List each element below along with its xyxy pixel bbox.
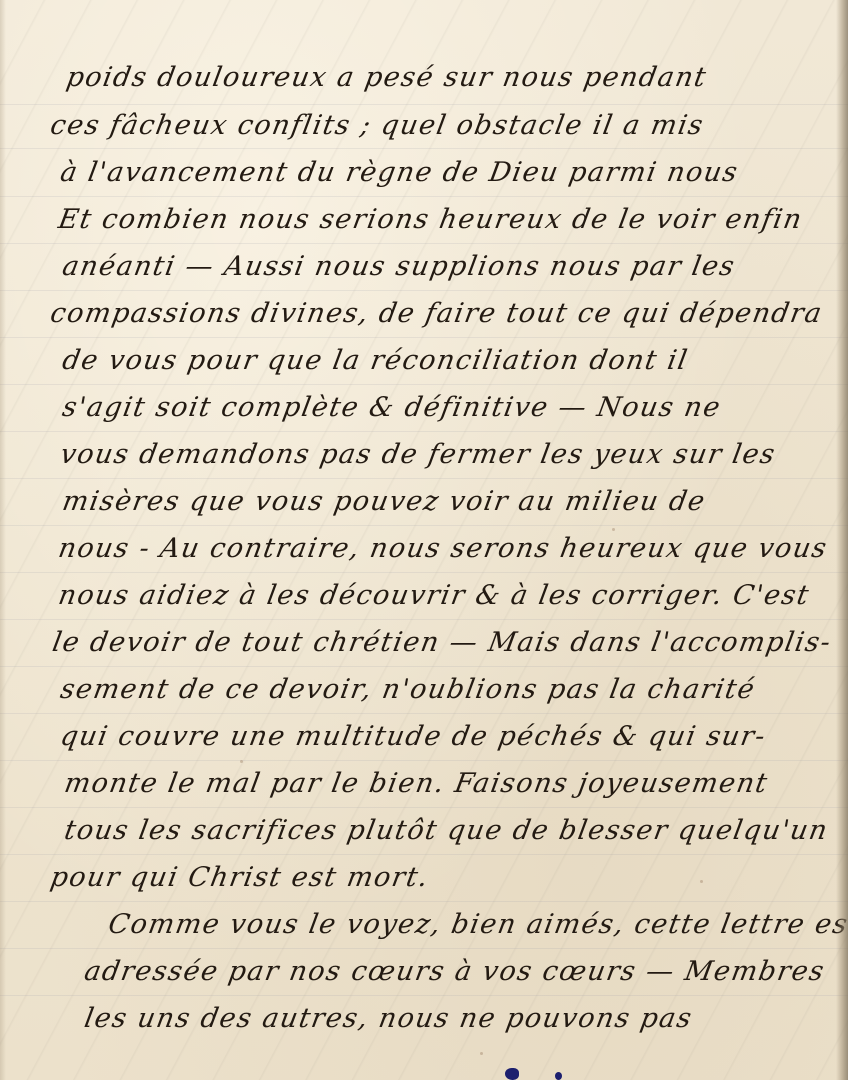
ruling-line <box>0 807 848 808</box>
text-line-9: vous demandons pas de fermer les yeux su… <box>58 439 778 470</box>
text-line-6: compassions divines, de faire tout ce qu… <box>48 298 825 329</box>
ruling-line <box>0 384 848 385</box>
ruling-line <box>0 148 848 149</box>
text-line-13: le devoir de tout chrétien — Mais dans l… <box>50 627 834 658</box>
text-line-4: Et combien nous serions heureux de le vo… <box>56 204 805 235</box>
text-line-10: misères que vous pouvez voir au milieu d… <box>60 486 708 517</box>
ruling-line <box>0 666 848 667</box>
text-line-1: poids douloureux a pesé sur nous pendant <box>64 62 709 93</box>
ruling-line <box>0 196 848 197</box>
text-line-7: de vous pour que la réconciliation dont … <box>60 345 691 376</box>
text-line-12: nous aidiez à les découvrir & à les corr… <box>56 580 812 611</box>
ruling-line <box>0 431 848 432</box>
ink-blot <box>505 1068 519 1080</box>
ruling-line <box>0 713 848 714</box>
page-right-edge-shadow <box>836 0 848 1080</box>
ruling-line <box>0 760 848 761</box>
text-line-15: qui couvre une multitude de péchés & qui… <box>58 721 769 752</box>
text-line-8: s'agit soit complète & définitive — Nous… <box>60 392 724 423</box>
paper-speck <box>480 1052 483 1055</box>
ruling-line <box>0 104 848 105</box>
paper-speck <box>612 528 615 531</box>
ruling-line <box>0 901 848 902</box>
text-line-14: sement de ce devoir, n'oublions pas la c… <box>58 674 758 705</box>
ruling-line <box>0 290 848 291</box>
ruling-line <box>0 948 848 949</box>
text-line-3: à l'avancement du règne de Dieu parmi no… <box>58 157 741 188</box>
paper-speck <box>240 760 243 763</box>
text-line-11: nous - Au contraire, nous serons heureux… <box>56 533 830 564</box>
text-line-2: ces fâcheux conflits ; quel obstacle il … <box>48 110 706 141</box>
paper-speck <box>380 170 384 174</box>
ruling-line <box>0 572 848 573</box>
text-line-17: tous les sacrifices plutôt que de blesse… <box>62 815 831 846</box>
ruling-line <box>0 619 848 620</box>
ruling-line <box>0 854 848 855</box>
ruling-line <box>0 525 848 526</box>
text-line-19: Comme vous le voyez, bien aimés, cette l… <box>106 909 848 940</box>
ink-blot <box>555 1072 562 1080</box>
ruling-line <box>0 243 848 244</box>
ruling-line <box>0 478 848 479</box>
text-line-21: les uns des autres, nous ne pouvons pas <box>82 1003 695 1034</box>
text-line-20: adressée par nos cœurs à vos cœurs — Mem… <box>82 956 828 987</box>
page-left-edge <box>0 0 6 1080</box>
manuscript-page: poids douloureux a pesé sur nous pendant… <box>0 0 848 1080</box>
text-line-16: monte le mal par le bien. Faisons joyeus… <box>62 768 771 799</box>
ruling-line <box>0 337 848 338</box>
ruling-line <box>0 995 848 996</box>
text-line-18: pour qui Christ est mort. <box>48 862 432 893</box>
paper-speck <box>700 880 703 883</box>
text-line-5: anéanti — Aussi nous supplions nous par … <box>60 251 738 282</box>
